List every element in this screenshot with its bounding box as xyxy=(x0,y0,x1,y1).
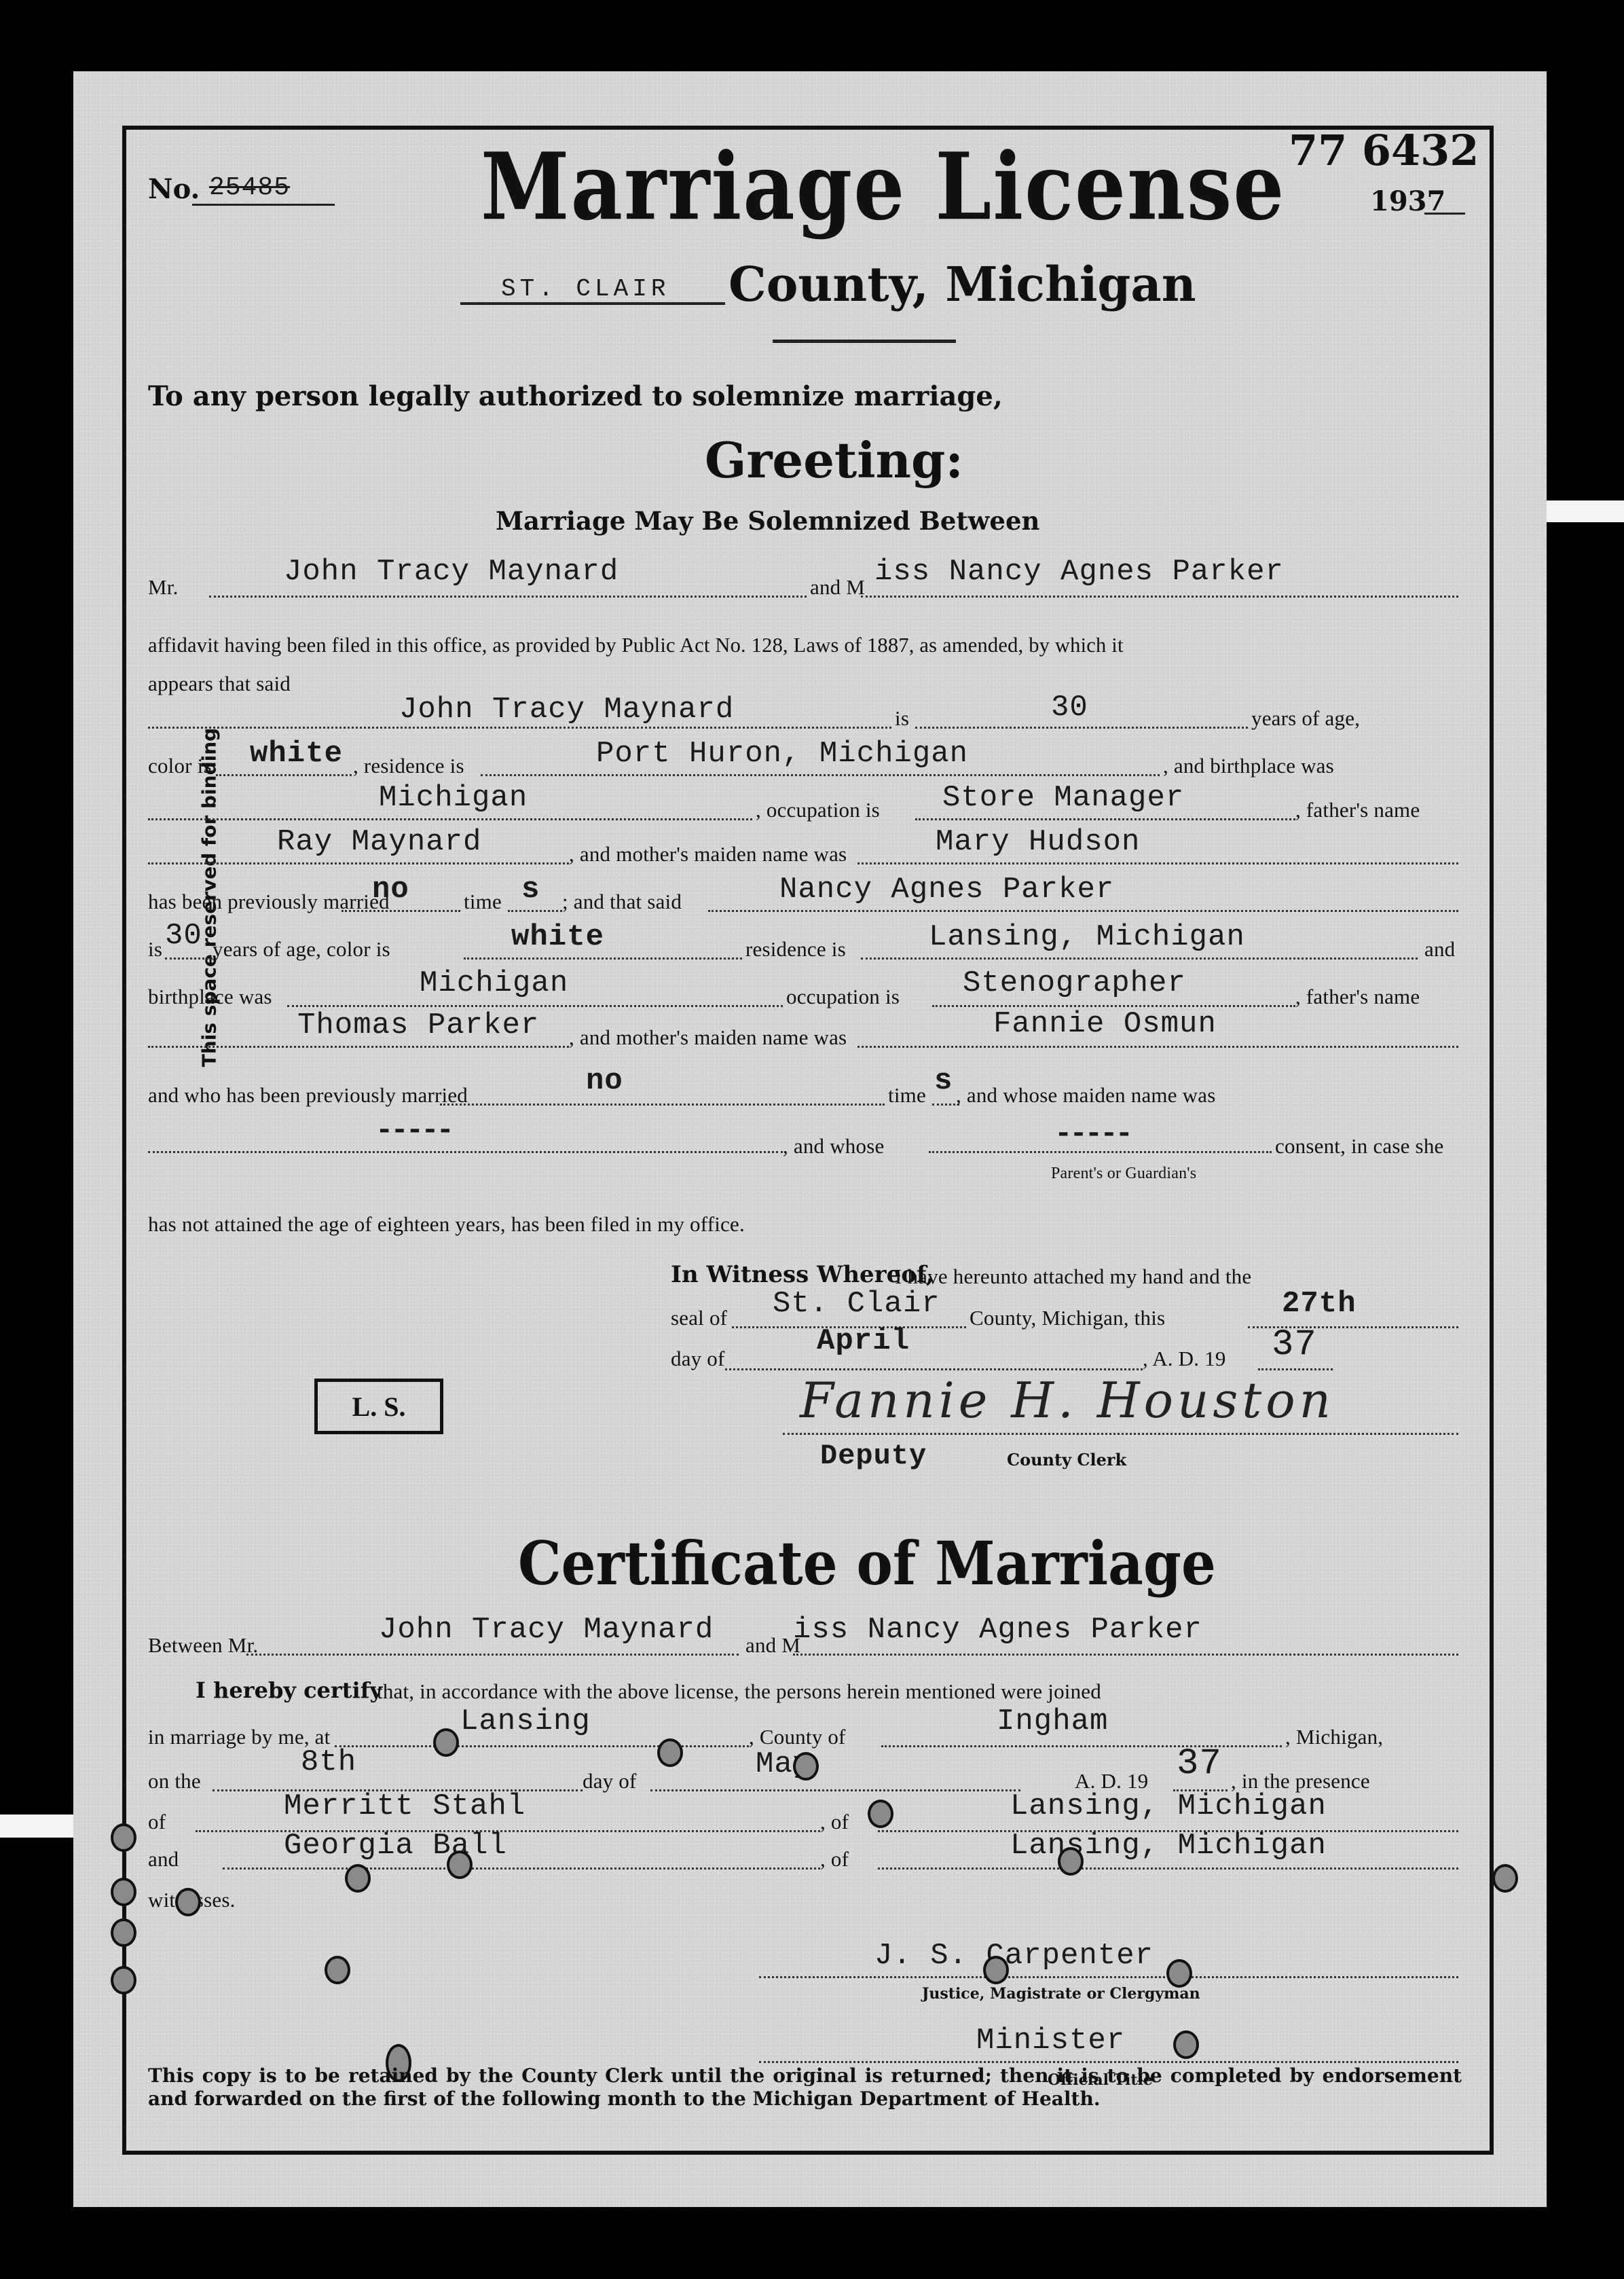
cert-bride-line xyxy=(793,1654,1458,1656)
bride-mother-label: , and mother's maiden name was xyxy=(569,1025,847,1050)
punch-hole-artifact xyxy=(433,1728,459,1757)
bride-father: Thomas Parker xyxy=(297,1008,539,1042)
groom-residence: Port Huron, Michigan xyxy=(596,737,968,771)
witness-month-line xyxy=(725,1368,1143,1370)
reference-number: 77 6432 xyxy=(1289,126,1479,175)
groom-birthplace-label: , and birthplace was xyxy=(1163,754,1334,778)
bride-prev-married-label: and who has been previously married xyxy=(148,1083,468,1108)
county-clerk-label: County Clerk xyxy=(1007,1450,1126,1470)
bride-residence: Lansing, Michigan xyxy=(929,920,1245,954)
consent-label: consent, in case she xyxy=(1275,1134,1443,1159)
bride-prev-married-line xyxy=(440,1104,885,1106)
bride-time-label: time xyxy=(888,1083,926,1108)
certificate-title: Certificate of Marriage xyxy=(518,1528,1216,1598)
groom-years-label: years of age, xyxy=(1251,706,1360,731)
punch-hole-artifact xyxy=(175,1888,201,1916)
groom-mother-label: , and mother's maiden name was xyxy=(569,842,847,867)
greeting-heading: Greeting: xyxy=(705,431,963,489)
scan-tab-right xyxy=(1547,500,1624,522)
bride-name-line xyxy=(861,596,1458,598)
groom-birthplace: Michigan xyxy=(379,781,528,815)
county-value: ST. CLAIR xyxy=(501,275,669,303)
bride-maiden-label: , and whose maiden name was xyxy=(956,1083,1215,1108)
groom-fullname: John Tracy Maynard xyxy=(399,693,734,727)
witness1-of-label: , of xyxy=(820,1810,849,1834)
subheading: Marriage May Be Solemnized Between xyxy=(496,506,1039,536)
punch-hole-artifact xyxy=(1492,1864,1518,1893)
witness2-of-label: , of xyxy=(820,1847,849,1872)
county-of-label: , County of xyxy=(749,1725,846,1749)
license-number-label: No. xyxy=(148,173,200,205)
bride-mother-line xyxy=(857,1046,1458,1048)
cert-groom: John Tracy Maynard xyxy=(379,1613,714,1647)
bride-times-suffix: s xyxy=(934,1064,953,1098)
groom-occupation: Store Manager xyxy=(942,781,1184,815)
certify-heading: I hereby certify xyxy=(196,1677,382,1703)
groom-father-line xyxy=(148,862,569,864)
bride-name-said: Nancy Agnes Parker xyxy=(779,873,1114,907)
bride-birthplace: Michigan xyxy=(420,966,568,1000)
punch-hole-artifact xyxy=(983,1956,1009,1984)
guardian-label: Parent's or Guardian's xyxy=(1051,1165,1196,1183)
seal-county-label: County, Michigan, this xyxy=(970,1306,1165,1330)
witness2-name: Georgia Ball xyxy=(284,1829,507,1863)
punch-hole-artifact xyxy=(111,1966,136,1994)
bride-age-line xyxy=(165,958,213,960)
cert-and-m-label: and M xyxy=(745,1633,800,1658)
consent-value: ----- xyxy=(1054,1117,1130,1151)
bride-father-line xyxy=(148,1046,569,1048)
footer-note: This copy is to be retained by the Count… xyxy=(148,2064,1462,2111)
marriage-county: Ingham xyxy=(997,1704,1108,1738)
groom-is-label: is xyxy=(895,706,909,731)
between-label: Between Mr. xyxy=(148,1633,258,1658)
groom-age-line xyxy=(915,727,1248,729)
punch-hole-artifact xyxy=(111,1918,136,1947)
groom-color-label: color is xyxy=(148,754,212,778)
bride-time-line xyxy=(932,1104,959,1106)
page-title: Marriage License xyxy=(481,132,1285,241)
witness-month: April xyxy=(817,1324,910,1358)
cert-and-label: and xyxy=(148,1847,179,1872)
punch-hole-artifact xyxy=(447,1850,473,1879)
groom-prev-married-line xyxy=(342,910,460,912)
affidavit-text: affidavit having been filed in this offi… xyxy=(148,634,1124,657)
groom-occupation-label: , occupation is xyxy=(756,798,880,822)
groom-color-line xyxy=(216,774,352,776)
witness2-name-line xyxy=(223,1867,820,1870)
ad-label: , A. D. 19 xyxy=(1143,1347,1226,1371)
bride-birthplace-line xyxy=(287,1005,783,1007)
and-whose-label: , and whose xyxy=(783,1134,884,1159)
cert-day-of-label: day of xyxy=(583,1769,637,1793)
bride-birthplace-label: birthplace was xyxy=(148,985,272,1009)
seal-county: St. Clair xyxy=(773,1287,940,1321)
bride-and-label: and xyxy=(1424,937,1455,962)
punch-hole-artifact xyxy=(657,1738,683,1767)
license-number-line xyxy=(192,204,335,206)
groom-mother: Mary Hudson xyxy=(936,825,1140,859)
groom-color: white xyxy=(250,737,343,771)
bride-occupation-label: occupation is xyxy=(786,985,900,1009)
and-m-label: and M xyxy=(810,575,865,600)
groom-father-label: , father's name xyxy=(1295,798,1420,822)
official-title: Minister xyxy=(976,2024,1125,2058)
bride-years-color-label: years of age, color is xyxy=(213,937,390,962)
county-label: County, Michigan xyxy=(728,256,1196,312)
groom-prev-married: no xyxy=(372,873,409,907)
consent-line xyxy=(929,1151,1272,1153)
groom-residence-line xyxy=(481,774,1160,776)
officiant-line xyxy=(759,1976,1458,1978)
punch-hole-artifact xyxy=(345,1864,371,1893)
salutation: To any person legally authorized to sole… xyxy=(148,380,1003,412)
bride-residence-line xyxy=(861,958,1418,960)
bride-prev-married: no xyxy=(586,1064,623,1098)
punch-hole-artifact xyxy=(1166,1959,1192,1988)
marriage-place: Lansing xyxy=(460,1704,591,1738)
groom-time-label: time xyxy=(464,890,502,914)
marriage-year: 37 xyxy=(1177,1743,1222,1785)
title-divider xyxy=(773,340,956,343)
bride-color: white xyxy=(511,920,604,954)
groom-residence-label: , residence is xyxy=(353,754,464,778)
officiant-role-label: Justice, Magistrate or Clergyman xyxy=(922,1985,1200,2003)
groom-age: 30 xyxy=(1051,691,1088,725)
deputy-label: Deputy xyxy=(820,1440,927,1472)
witness2-place-line xyxy=(878,1867,1458,1870)
groom-time-line xyxy=(508,910,562,912)
document-page: This space reserved for binding No. 2548… xyxy=(73,71,1547,2207)
day-of-label: day of xyxy=(671,1347,725,1371)
groom-birthplace-line xyxy=(148,818,752,820)
bride-occupation: Stenographer xyxy=(963,966,1186,1000)
officiant-name: J. S. Carpenter xyxy=(874,1939,1154,1973)
not-attained-text: has not attained the age of eighteen yea… xyxy=(148,1212,745,1237)
punch-hole-artifact xyxy=(1173,2030,1199,2059)
witness1-place: Lansing, Michigan xyxy=(1010,1789,1327,1823)
bride-color-line xyxy=(464,958,742,960)
witness-text: I have hereunto attached my hand and the xyxy=(895,1264,1251,1289)
witness-year: 37 xyxy=(1272,1324,1317,1366)
that-said-label: ; and that said xyxy=(562,890,682,914)
groom-mother-line xyxy=(857,862,1458,864)
bride-name: iss Nancy Agnes Parker xyxy=(874,555,1284,589)
bride-is-label: is xyxy=(148,937,162,962)
bride-age: 30 xyxy=(165,919,202,953)
groom-name: John Tracy Maynard xyxy=(284,555,619,589)
year-line xyxy=(1424,213,1465,215)
of-label: of xyxy=(148,1810,166,1834)
bride-residence-label: residence is xyxy=(745,937,846,962)
groom-name-line xyxy=(209,596,807,598)
on-the-label: on the xyxy=(148,1769,201,1793)
cert-month-line xyxy=(650,1789,1020,1791)
punch-hole-artifact xyxy=(111,1878,136,1906)
cert-bride: iss Nancy Agnes Parker xyxy=(793,1613,1202,1647)
witness-day: 27th xyxy=(1282,1287,1357,1321)
signature-line xyxy=(783,1433,1458,1435)
groom-times-suffix: s xyxy=(521,873,540,907)
official-title-line xyxy=(759,2061,1458,2063)
place-line xyxy=(335,1745,749,1747)
groom-occupation-line xyxy=(915,818,1295,820)
appears-text: appears that said xyxy=(148,672,291,696)
cert-groom-line xyxy=(246,1654,739,1656)
marriage-day: 8th xyxy=(301,1745,356,1779)
bride-name-said-line xyxy=(708,910,1458,912)
mr-label: Mr. xyxy=(148,575,179,600)
groom-father: Ray Maynard xyxy=(277,825,481,859)
witness-year-line xyxy=(1258,1368,1333,1370)
punch-hole-artifact xyxy=(1058,1847,1084,1876)
seal-label: seal of xyxy=(671,1306,727,1330)
punch-hole-artifact xyxy=(325,1956,350,1984)
bride-maiden-line xyxy=(148,1151,783,1153)
michigan-label: , Michigan, xyxy=(1285,1725,1383,1749)
seal-box: L. S. xyxy=(314,1379,443,1434)
witness1-name: Merritt Stahl xyxy=(284,1789,525,1823)
bride-maiden-name: ----- xyxy=(375,1114,451,1148)
bride-father-label: , father's name xyxy=(1295,985,1420,1009)
bride-mother: Fannie Osmun xyxy=(993,1007,1217,1041)
groom-fullname-line xyxy=(148,727,891,729)
certify-text: that, in accordance with the above licen… xyxy=(377,1679,1101,1704)
punch-hole-artifact xyxy=(793,1752,819,1781)
clerk-signature: Fannie H. Houston xyxy=(800,1372,1335,1429)
license-number-value: 25485 xyxy=(209,173,290,202)
punch-hole-artifact xyxy=(111,1823,136,1852)
scan-tab-left xyxy=(0,1815,73,1838)
punch-hole-artifact xyxy=(868,1800,893,1828)
